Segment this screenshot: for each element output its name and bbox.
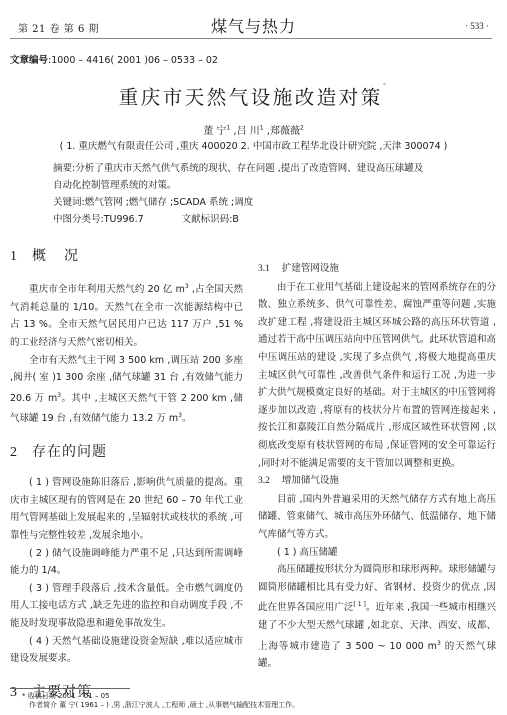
section-heading-2: 2存在的问题 (10, 442, 243, 462)
footnote: * 收稿日期 2001 – 01 – 05 作者简介 董 宁( 1961 – )… (22, 692, 299, 710)
footnote-author: 作者简介 董 宁( 1961 – ) ,男 ,浙江宁波人 ,工程师 ,硕士 ,从… (22, 701, 299, 710)
paragraph: ( 4 ) 天然气基础设施建设资金短缺 ,难以适应城市建设发展要求。 (10, 633, 243, 668)
subsection-title: 增加储气设施 (282, 475, 339, 486)
article-number: 文章编号:1000 – 4416( 2001 )06 – 0533 – 02 (10, 52, 218, 66)
abstract-line: 摘要:分析了重庆市天然气供气系统的现状、存在问题 ,提出了改造管网、建设高压球罐… (53, 160, 463, 177)
left-column: 1概况 重庆市全市年利用天然气约 20 亿 m3 ,占全国天然气消耗总量的 1/… (10, 246, 243, 714)
paragraph: 高压储罐按形状分为圆筒形和球形两种。球形储罐与圆筒形储罐相比具有受力好、省钢材、… (258, 561, 496, 673)
paper-title-text: 重庆市天然气设施改造对策 (119, 86, 383, 109)
abstract-block: 摘要:分析了重庆市天然气供气系统的现状、存在问题 ,提出了改造管网、建设高压球罐… (53, 160, 463, 228)
author-name: ,郑薇薇 (267, 126, 300, 137)
article-number-label: 文章编号 (10, 55, 48, 66)
title-footnote-mark: * (383, 82, 389, 89)
section-number: 2 (10, 445, 18, 460)
subsection-title: 扩建管网设施 (282, 263, 339, 274)
doc-code-value: :B (229, 214, 239, 225)
paragraph: 目前 ,国内外普遍采用的天然气储存方式有地上高压储罐、管束储气、城市高压外环储气… (258, 491, 496, 544)
abstract-label: 摘要 (53, 163, 72, 174)
received-date: 2001 – 01 – 05 (56, 692, 110, 700)
paragraph: ( 2 ) 储气设施调峰能力严重不足 ,只达到所需调峰能力的 1/4。 (10, 545, 243, 580)
page-number: · 533 · (465, 21, 489, 31)
classification-line: 中图分类号:TU996.7文献标识码:B (53, 211, 463, 228)
author-bio: 董 宁( 1961 – ) ,男 ,浙江宁波人 ,工程师 ,硕士 ,从事燃气输配… (57, 701, 299, 709)
paragraph: ( 3 ) 管理手段落后 ,技术含量低。全市燃气调度仍用人工接电话方式 ,缺乏先… (10, 580, 243, 633)
section-number: 3 (10, 685, 18, 700)
citation-ref: [ 1 ] (353, 601, 365, 608)
author-list: 董 宁1 ,吕 川1 ,郑薇薇2 (0, 122, 507, 137)
paragraph: 全市有天然气主干网 3 500 km ,调压站 200 多座 ,阀井( 室 )1… (10, 352, 243, 429)
subsection-number: 3.1 (258, 264, 270, 274)
footnote-mark: * (22, 692, 26, 700)
article-number-value: :1000 – 4416( 2001 )06 – 0533 – 02 (48, 55, 218, 66)
abstract-line: 自动化控制管理系统的对策。 (53, 177, 463, 194)
paragraph: 由于在工业用气基础上建设起来的管网系统存在的分散、独立系统多、供气可靠性差、腐蚀… (258, 279, 496, 473)
author-bio-label: 作者简介 (29, 701, 57, 709)
section-heading-1: 1概况 (10, 246, 243, 266)
abstract-text: :分析了重庆市天然气供气系统的现状、存在问题 ,提出了改造管网、建设高压球罐及 (72, 163, 423, 174)
footnote-divider (10, 688, 130, 689)
clc-value: :TU996.7 (101, 214, 144, 225)
section-number: 1 (10, 249, 18, 264)
clc-label: 中图分类号 (53, 214, 101, 225)
received-label: 收稿日期 (28, 692, 56, 700)
keywords-line: 关键词:燃气管网 ;燃气储存 ;SCADA 系统 ;调度 (53, 194, 463, 211)
author-affiliation-mark: 1 (226, 125, 230, 132)
subsection-heading-3-2: 3.2增加储气设施 (258, 472, 496, 491)
header-divider (10, 38, 492, 39)
section-title: 概况 (32, 248, 96, 264)
journal-name: 煤气与热力 (0, 14, 507, 37)
paragraph: 重庆市全市年利用天然气约 20 亿 m3 ,占全国天然气消耗总量的 1/10。天… (10, 278, 243, 352)
text-run: 。 (182, 414, 192, 425)
section-title: 存在的问题 (32, 444, 107, 460)
subsection-heading-3-1: 3.1扩建管网设施 (258, 260, 496, 279)
doc-code-label: 文献标识码 (182, 214, 230, 225)
right-column: 3.1扩建管网设施 由于在工业用气基础上建设起来的管网系统存在的分散、独立系统多… (258, 260, 496, 673)
author-affiliation-mark: 1 (260, 125, 264, 132)
author-name: 董 宁 (203, 126, 226, 137)
keywords-label: 关键词 (53, 197, 82, 208)
keywords-text: :燃气管网 ;燃气储存 ;SCADA 系统 ;调度 (82, 197, 254, 208)
paragraph: ( 1 ) 高压储罐 (258, 544, 496, 562)
author-name: ,吕 川 (233, 126, 259, 137)
affiliations: ( 1. 重庆燃气有限责任公司 ,重庆 400020 2. 中国市政工程华北设计… (0, 138, 507, 152)
footnote-received: * 收稿日期 2001 – 01 – 05 (22, 692, 299, 701)
paper-title: 重庆市天然气设施改造对策* (0, 82, 507, 110)
text-run: 重庆市全市年利用天然气约 20 亿 m (29, 284, 185, 295)
author-affiliation-mark: 2 (300, 125, 304, 132)
paragraph: ( 1 ) 管网设施陈旧落后 ,影响供气质量的提高。重庆市主城区现有的管网是在 … (10, 474, 243, 544)
subsection-number: 3.2 (258, 476, 270, 486)
